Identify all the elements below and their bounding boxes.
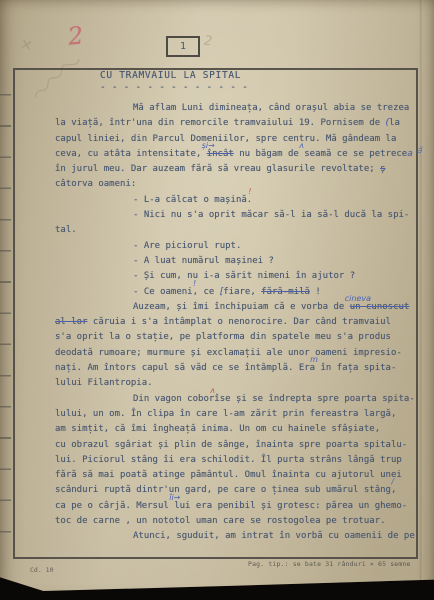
typed-line: am simțit, că îmi îngheață inima. Un om … [55,424,417,439]
line-number-ticks [0,94,11,562]
typed-text: ca pe o cârjă. Mersul [55,501,174,511]
typed-text: - Nici nu s'a oprit măcar să-l ia să-l d… [133,210,409,220]
typed-line: lului Filantropia. [55,378,417,393]
typed-line: al lor căruia i s'a întâmplat o nenoroci… [55,317,417,332]
manuscript-paper: 1 2 2 ✕ CU TRAMVAIUL LA SPITAL - - - - -… [0,0,434,600]
handwritten-correction: a [407,149,413,159]
typed-line: toc de carne , un nototol uman care se r… [55,516,417,531]
typed-line: - Nici nu s'a oprit măcar să-l ia să-l d… [55,210,417,225]
struck-text: un cunoscut [350,302,410,312]
typed-text: scânduri ruptă dintr'un gard, pe care o … [55,485,396,495]
handwritten-correction: ʌ [210,386,215,395]
typed-text: la viață, într'una din remorcile tramvai… [55,118,386,128]
typed-line: Auzeam, și îmi închipuiam că e vorba de … [55,302,417,317]
typed-line: câtorva oameni: [55,179,417,194]
typed-text: ce [198,287,220,297]
handwritten-correction: ! [193,279,196,288]
typed-line: nați. Am întors capul să văd ce se întâm… [55,363,417,378]
typed-text: ceva, cu atâta intensitate, [55,149,207,159]
typed-line: Din vagon coborʌîse și se îndrepta spre … [55,394,417,409]
typed-text: la [389,118,400,128]
pencil-check-mark: ✕ [18,35,35,56]
typed-line: cu obrazul sgâriat și plin de sânge, îna… [55,440,417,455]
typed-text: lului, un om. În clipa în care l-am zări… [55,409,396,419]
typed-line: - A luat numărul mașinei ? [55,256,417,271]
typed-line: scânduri ruptă dintr'un gard, pe care o … [55,485,417,500]
typed-line: tal. [55,225,417,240]
typed-line: deodată rumoare; murmure și exclamații a… [55,348,417,363]
typed-text: - A luat numărul mașinei ? [133,256,274,266]
handwritten-correction: cineva [345,294,371,303]
typography-footer-note: Pag. tip.: se bate 31 rânduri × 65 semne [248,560,411,568]
handwritten-correction: / [391,477,394,486]
typed-line: în jurul meu. Dar auzeam fără să vreau g… [55,164,417,179]
typed-text: în fața spita- [315,363,396,373]
page-number-box: 1 [166,36,200,57]
typed-line: lului, un om. În clipa în care l-am zări… [55,409,417,424]
title-underline: - - - - - - - - - - - - - [100,82,248,93]
typed-line: ceva, cu atâta intensitate, și→încât nu … [55,149,417,164]
typed-text: Auzeam, și îmi închipuiam că e vorba de [133,302,350,312]
typed-line: - L-a călcat o mașină.! [55,195,417,210]
typed-text: câtorva oameni: [55,179,136,189]
typed-line: Mă aflam Luni dimineața, când orașul abi… [55,103,417,118]
typed-text: fiare, [223,287,256,297]
handwritten-correction: îi→ [169,493,180,502]
page-number: 1 [180,41,186,52]
handwritten-correction: m [310,355,318,364]
typed-text: cu obrazul sgâriat și plin de sânge, îna… [55,440,407,450]
form-code: Cd. 10 [30,566,53,574]
typed-text: îse și se îndrepta spre poarta spita- [214,394,414,404]
typed-text: Din vagon cobor [133,394,214,404]
struck-text: încât [207,149,234,159]
red-pencil-number: 2 [67,21,85,50]
typed-text: în jurul meu. Dar auzeam fără să vreau g… [55,164,380,174]
typed-text: - Și cum, nu i-a sărit nimeni în ajutor … [133,271,355,281]
typed-line: fără să mai poată atinge pământul. Omul … [55,470,417,485]
typed-line: ca pe o cârjă. Mersul îi→lui era penibil… [55,501,417,516]
struck-text: ș [380,164,385,174]
typed-text: lui. Piciorul stâng îi era schilodit. Îl… [55,455,402,465]
typed-line: - Și cum, nu i-a sărit nimeni în ajutor … [55,271,417,286]
typed-text: am simțit, că îmi îngheață inima. Un om … [55,424,380,434]
typed-text: toc de carne , un nototol uman care se r… [55,516,386,526]
typed-text: - L-a călcat o mașină. [133,195,252,205]
typed-line: s'a oprit la o stație, pe platforma din … [55,332,417,347]
paper-crease [419,0,423,585]
typed-text: lului Filantropia. [55,378,153,388]
typed-text: Atunci, sguduit, am intrat în vorbă cu o… [133,531,415,541]
struck-text: fără-milă [261,287,310,297]
typed-text: nu băgam de [234,149,304,159]
typed-text: seamă ce se petrece [304,149,407,159]
pencil-page-number: 2 [203,34,213,50]
typed-text: Mă aflam Luni dimineața, când orașul abi… [133,103,409,113]
struck-text: al lor [55,317,88,327]
typed-line: - Are piciorul rupt. [55,241,417,256]
typed-body: Mă aflam Luni dimineața, când orașul abi… [55,103,417,547]
typed-text: s'a oprit la o stație, pe platforma din … [55,332,391,342]
typed-text: tal. [55,225,77,235]
typed-text: fără să mai poată atinge pământul. Omul … [55,470,402,480]
typed-text: lui era penibil și grotesc: părea un ghe… [174,501,407,511]
typed-line: la viață, într'una din remorcile tramvai… [55,118,417,133]
typed-text: ! [310,287,321,297]
document-title: CU TRAMVAIUL LA SPITAL [100,70,241,81]
typed-line: Atunci, sguduit, am intrat în vorbă cu o… [55,531,417,546]
typed-line: capul liniei, din Parcul Domeniilor, spr… [55,134,417,149]
typed-text: - Are piciorul rupt. [133,241,241,251]
typed-text: deodată rumoare; murmure și exclamații a… [55,348,402,358]
typed-text: capul liniei, din Parcul Domeniilor, spr… [55,134,396,144]
typed-text: - Ce oameni, [133,287,198,297]
handwritten-correction: ! [248,187,251,196]
typed-text: nați. Am întors capul să văd ce se întâm… [55,363,315,373]
handwritten-correction: și→ [202,141,215,150]
handwritten-correction: ʌ [299,141,304,150]
typed-line: lui. Piciorul stâng îi era schilodit. Îl… [55,455,417,470]
typed-text: căruia i s'a întâmplat o nenorocire. Dar… [88,317,391,327]
